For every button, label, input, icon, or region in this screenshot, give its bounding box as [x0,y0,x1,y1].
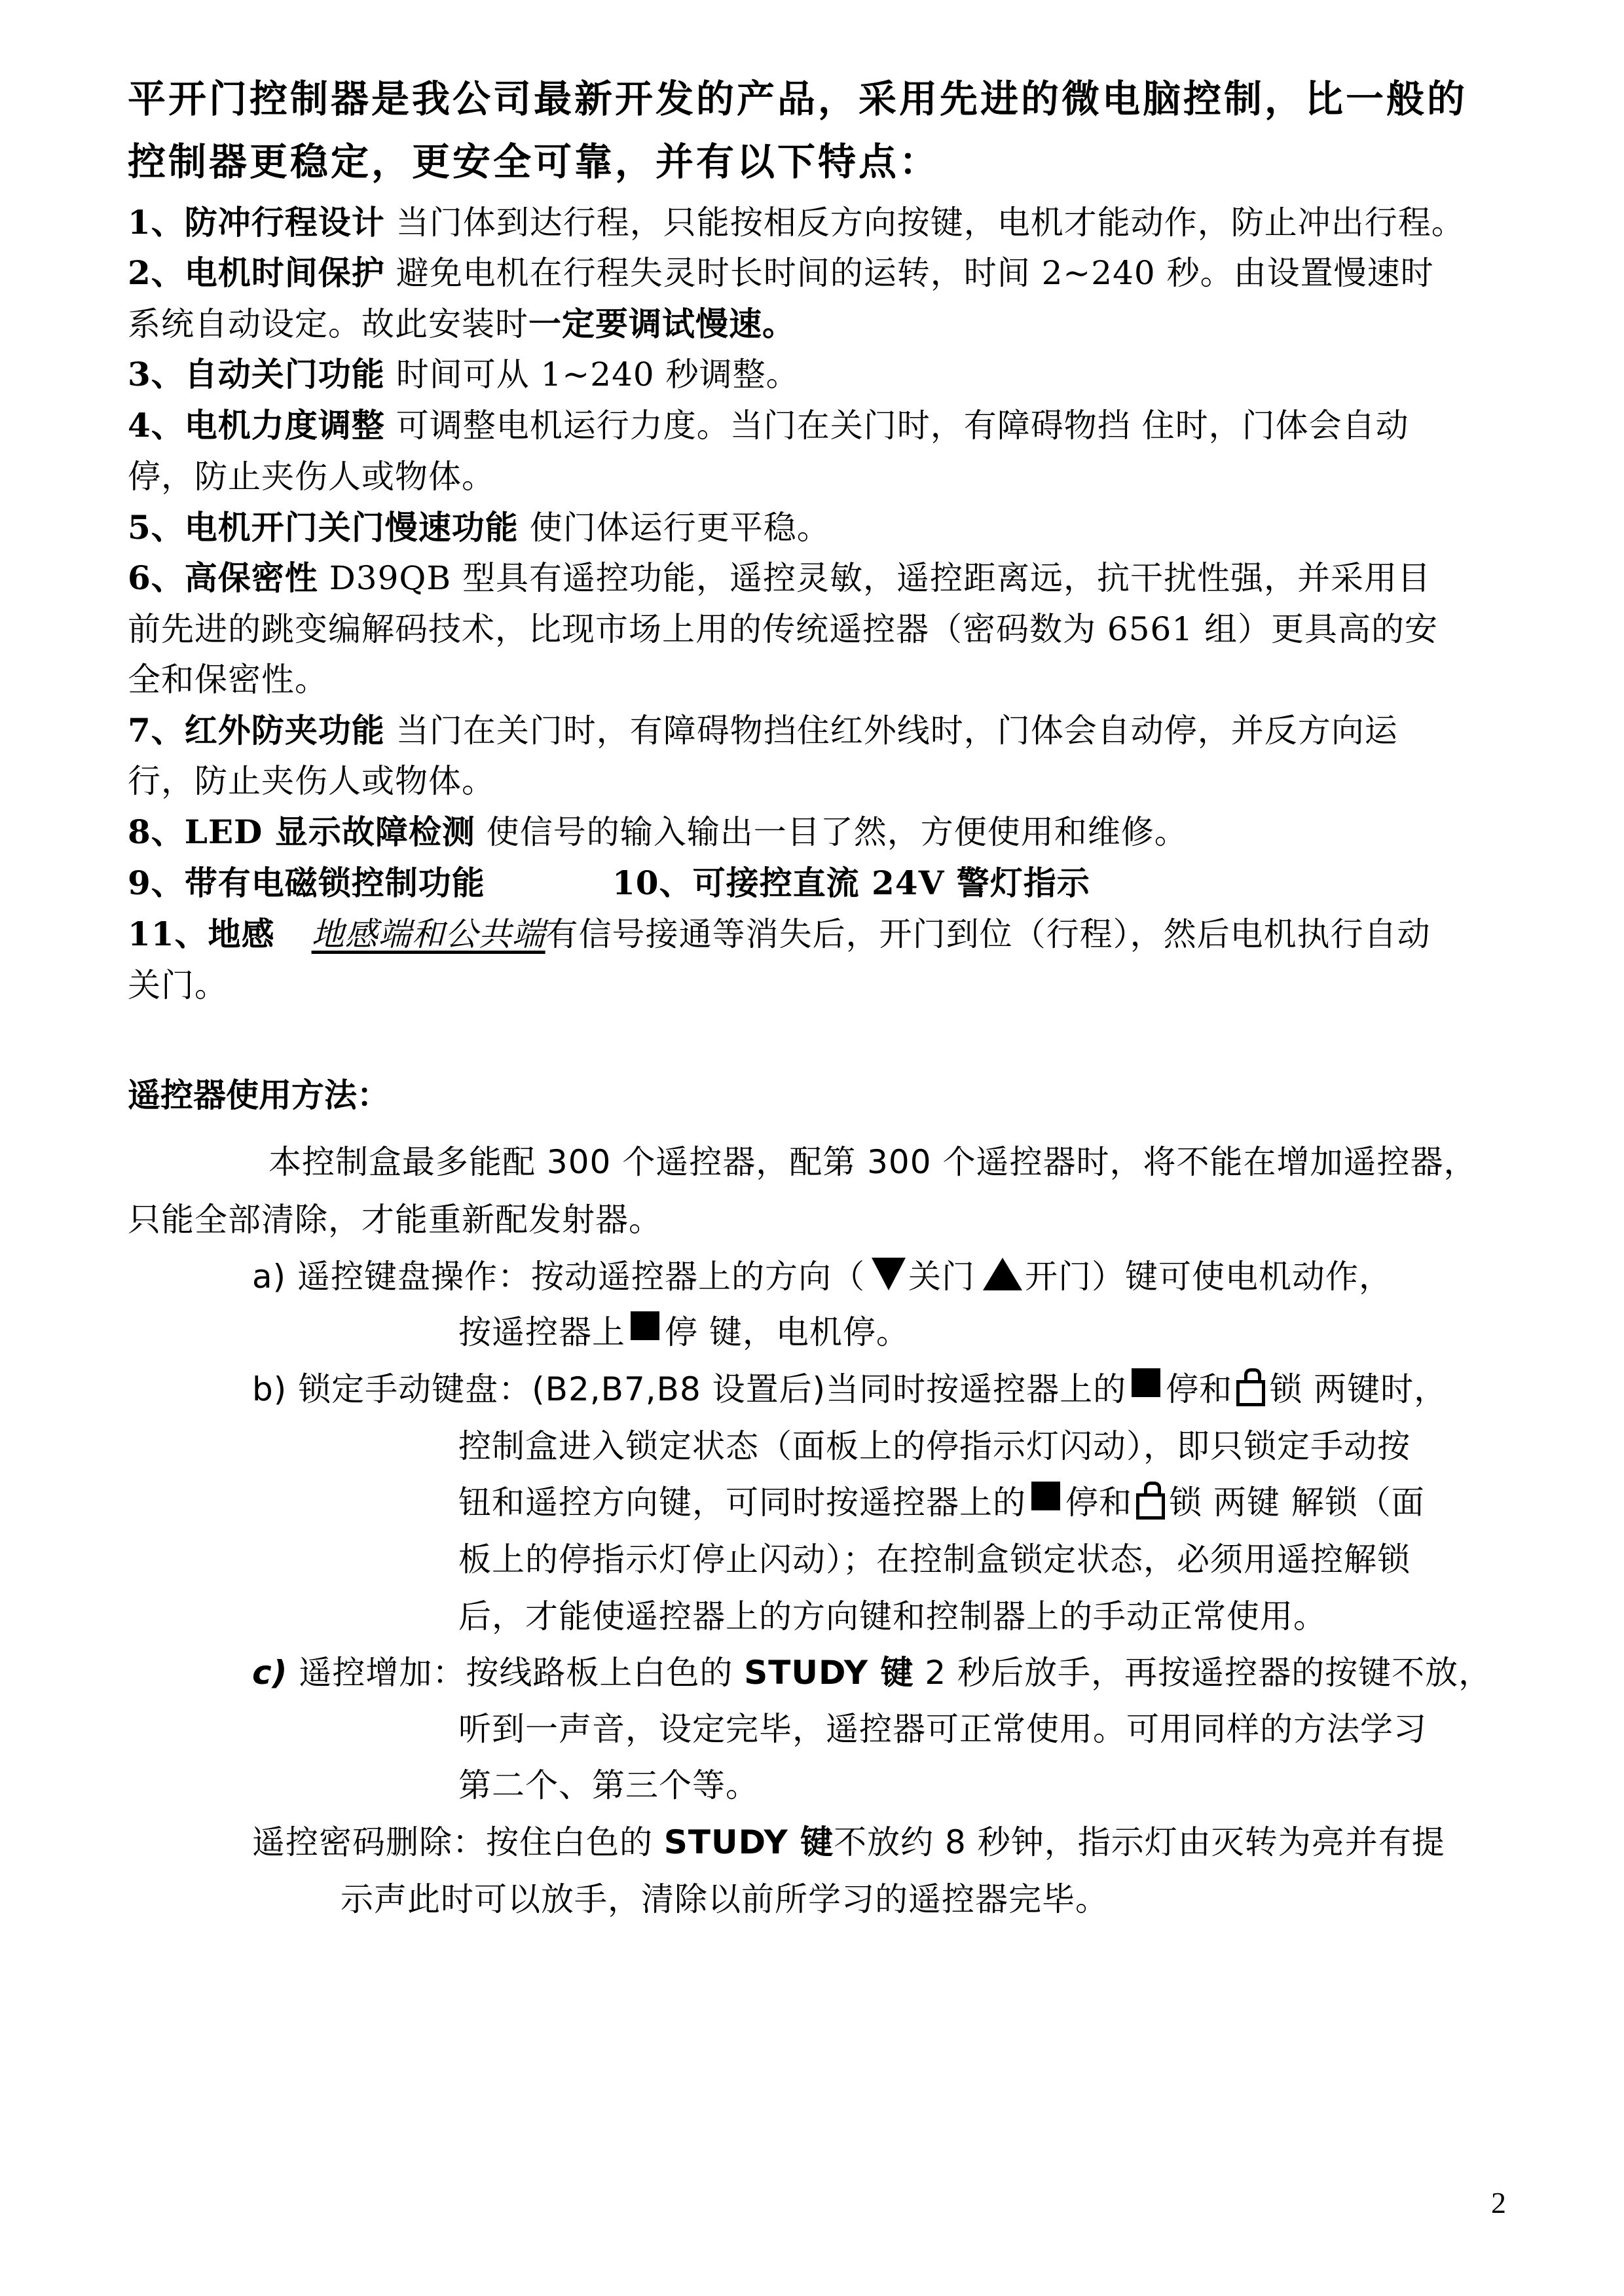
remote-c-line-2: 听到一声音，设定完毕，遥控器可正常使用。可用同样的方法学习 [458,1713,1427,1745]
open-label: 开门 [1025,1258,1092,1296]
feature-title: 5、电机开门关门慢速功能 [128,508,519,547]
feature-3: 3、自动关门功能 时间可从 1~240 秒调整。 [128,358,800,391]
feature-text: D39QB 型具有遥控功能，遥控灵敏，遥控距离远，抗干扰性强，并采用目 [318,559,1431,597]
remote-a-text: ）键可使电机动作， [1092,1258,1392,1296]
feature-6-cont: 前先进的跳变编解码技术，比现市场上用的传统遥控器（密码数为 6561 组）更具高… [128,613,1438,646]
remote-b-text: 锁 两键时， [1269,1370,1447,1408]
lock-icon [1136,1482,1165,1518]
intro-line-1: 平开门控制器是我公司最新开发的产品，采用先进的微电脑控制，比一般的 [128,80,1467,118]
remote-b-line-1: b) 锁定手动键盘：(B2,B7,B8 设置后)当同时按遥控器上的停和锁 两键时… [252,1373,1447,1410]
intro-line-2: 控制器更稳定，更安全可靠，并有以下特点： [128,143,940,181]
feature-6: 6、高保密性 D39QB 型具有遥控功能，遥控灵敏，遥控距离远，抗干扰性强，并采… [128,562,1431,594]
remote-a-text: 按遥控器上 [458,1313,625,1351]
remote-b-line-2: 控制盒进入锁定状态（面板上的停指示灯闪动），即只锁定手动按 [458,1430,1411,1463]
open-arrow-icon [983,1258,1022,1290]
remote-delete-text: 不放约 8 秒钟，指示灯由灭转为亮并有提 [834,1823,1445,1861]
close-arrow-icon [872,1258,906,1290]
feature-2-cont: 系统自动设定。故此安装时一定要调试慢速。 [128,308,796,340]
remote-b-line-4: 板上的停指示灯停止闪动）；在控制盒锁定状态，必须用遥控解锁 [458,1543,1411,1576]
feature-7: 7、红外防夹功能 当门在关门时，有障碍物挡住红外线时，门体会自动停，并反方向运 [128,714,1398,747]
feature-5: 5、电机开门关门慢速功能 使门体运行更平稳。 [128,511,830,544]
feature-text: 当门体到达行程，只能按相反方向按键，电机才能动作，防止冲出行程。 [385,204,1465,242]
remote-a-line-1: a) 遥控键盘操作：按动遥控器上的方向（关门开门）键可使电机动作， [252,1260,1392,1296]
feature-11-cont: 关门。 [128,969,228,1002]
feature-10: 10、可接控直流 24V 警灯指示 [612,867,1090,900]
feature-text: 避免电机在行程失灵时长时间的运转，时间 2~240 秒。由设置慢速时 [385,254,1434,292]
feature-text: 时间可从 1~240 秒调整。 [385,355,800,393]
feature-11: 11、地感地感端和公共端有信号接通等消失后，开门到位（行程），然后电机执行自动 [128,918,1431,951]
remote-c-label: c) [252,1654,288,1692]
remote-delete-line-2: 示声此时可以放手，清除以前所学习的遥控器完毕。 [341,1883,1109,1916]
remote-c-text: 遥控增加：按线路板上白色的 [288,1654,745,1692]
lock-icon [1236,1368,1265,1405]
feature-7-cont: 行，防止夹伤人或物体。 [128,765,495,797]
remote-b-text: 锁 两键 解锁（面 [1169,1484,1425,1522]
page-number: 2 [1491,2185,1506,2220]
feature-text: 使门体运行更平稳。 [519,509,830,547]
remote-delete-text: 遥控密码删除：按住白色的 [252,1823,664,1861]
feature-2: 2、电机时间保护 避免电机在行程失灵时长时间的运转，时间 2~240 秒。由设置… [128,257,1434,289]
feature-underlined-term: 地感端和公共端 [312,915,545,953]
remote-b-text: 钮和遥控方向键，可同时按遥控器上的 [458,1484,1026,1522]
remote-a-text: 停 键，电机停。 [665,1313,910,1351]
feature-8: 8、LED 显示故障检测 使信号的输入输出一目了然，方便使用和维修。 [128,816,1188,848]
remote-b-line-3: 钮和遥控方向键，可同时按遥控器上的停和锁 两键 解锁（面 [458,1486,1425,1523]
feature-title: 3、自动关门功能 [128,355,385,393]
study-key-label: STUDY 键 [664,1823,834,1861]
close-label: 关门 [908,1258,975,1296]
document-page: 平开门控制器是我公司最新开发的产品，采用先进的微电脑控制，比一般的 控制器更稳定… [0,0,1624,2296]
feature-title: 6、高保密性 [128,558,318,597]
stop-square-icon [1132,1368,1160,1397]
feature-6-cont2: 全和保密性。 [128,663,328,696]
remote-a-text: a) 遥控键盘操作：按动遥控器上的方向（ [252,1258,865,1296]
remote-b-text: 停和 [1166,1370,1232,1408]
feature-text: 可调整电机运行力度。当门在关门时，有障碍物挡 住时，门体会自动 [385,407,1409,445]
feature-text: 有信号接通等消失后，开门到位（行程），然后电机执行自动 [545,915,1431,953]
feature-1: 1、防冲行程设计 当门体到达行程，只能按相反方向按键，电机才能动作，防止冲出行程… [128,206,1465,239]
feature-4-cont: 停，防止夹伤人或物体。 [128,460,495,493]
remote-c-line-1: c) 遥控增加：按线路板上白色的 STUDY 键 2 秒后放手，再按遥控器的按键… [252,1656,1492,1689]
remote-b-text: 停和 [1065,1484,1132,1522]
feature-title: 1、防冲行程设计 [128,203,385,242]
remote-b-text: b) 锁定手动键盘：(B2,B7,B8 设置后)当同时按遥控器上的 [252,1370,1126,1408]
remote-c-line-3: 第二个、第三个等。 [458,1769,759,1802]
study-key-label: STUDY 键 [744,1654,913,1692]
feature-text: 当门在关门时，有障碍物挡住红外线时，门体会自动停，并反方向运 [385,712,1398,750]
feature-title: 4、电机力度调整 [128,406,385,445]
remote-b-line-5: 后，才能使遥控器上的方向键和控制器上的手动正常使用。 [458,1600,1327,1633]
feature-title: 8、LED 显示故障检测 [128,812,475,851]
feature-text: 使信号的输入输出一目了然，方便使用和维修。 [475,813,1188,851]
stop-square-icon [1031,1482,1060,1510]
remote-delete-line-1: 遥控密码删除：按住白色的 STUDY 键不放约 8 秒钟，指示灯由灭转为亮并有提 [252,1826,1445,1859]
feature-title: 11、地感 [128,915,275,953]
remote-para-line-2: 只能全部清除，才能重新配发射器。 [128,1203,662,1236]
stop-square-icon [631,1311,659,1340]
remote-a-line-2: 按遥控器上停 键，电机停。 [458,1316,910,1349]
feature-emphasis: 一定要调试慢速。 [528,305,796,343]
feature-text: 系统自动设定。故此安装时 [128,305,528,343]
feature-9: 9、带有电磁锁控制功能 [128,867,485,900]
remote-c-text: 2 秒后放手，再按遥控器的按键不放， [914,1654,1492,1692]
remote-heading: 遥控器使用方法： [128,1079,390,1112]
feature-4: 4、电机力度调整 可调整电机运行力度。当门在关门时，有障碍物挡 住时，门体会自动 [128,409,1409,442]
remote-para-line-1: 本控制盒最多能配 300 个遥控器，配第 300 个遥控器时，将不能在增加遥控器… [268,1146,1477,1178]
feature-title: 2、电机时间保护 [128,253,385,292]
feature-title: 7、红外防夹功能 [128,711,385,750]
